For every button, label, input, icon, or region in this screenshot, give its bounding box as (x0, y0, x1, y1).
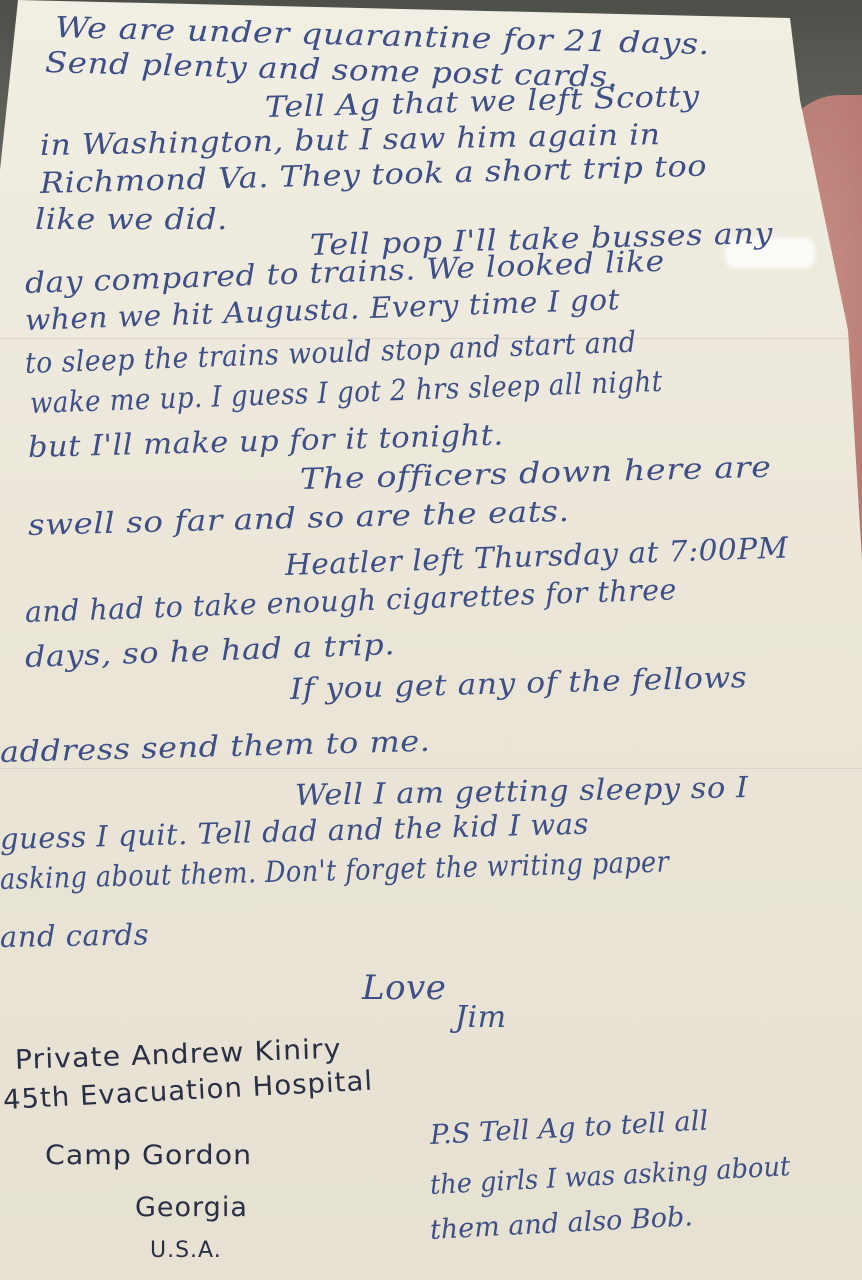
letter-line: days, so he had a trip. (24, 627, 395, 674)
letter-line: address send them to me. (0, 724, 431, 769)
letter-line: like we did. (35, 202, 228, 236)
letter-line: The officers down here are (300, 450, 772, 496)
postscript-line: P.S Tell Ag to tell all (429, 1105, 709, 1151)
address-line-country: U.S.A. (150, 1238, 222, 1263)
letter-line: Heatler left Thursday at 7:00PM (284, 530, 789, 582)
letter-line: and had to take enough cigarettes for th… (24, 572, 677, 629)
letter-line: swell so far and so are the eats. (28, 494, 570, 542)
letter-line: and cards (0, 917, 149, 954)
postscript-line: the girls I was asking about (429, 1151, 791, 1201)
letter-line: but I'll make up for it tonight. (28, 418, 505, 464)
letter-paper: We are under quarantine for 21 days. Sen… (0, 0, 862, 1280)
letter-line: Well I am getting sleepy so I (295, 770, 749, 812)
address-line-camp: Camp Gordon (45, 1140, 252, 1171)
letter-closing: Love (362, 968, 446, 1008)
postscript-line: them and also Bob. (429, 1201, 693, 1246)
letter-signature: Jim (455, 1000, 507, 1035)
letter-line: If you get any of the fellows (290, 660, 748, 706)
address-line-state: Georgia (135, 1192, 248, 1223)
